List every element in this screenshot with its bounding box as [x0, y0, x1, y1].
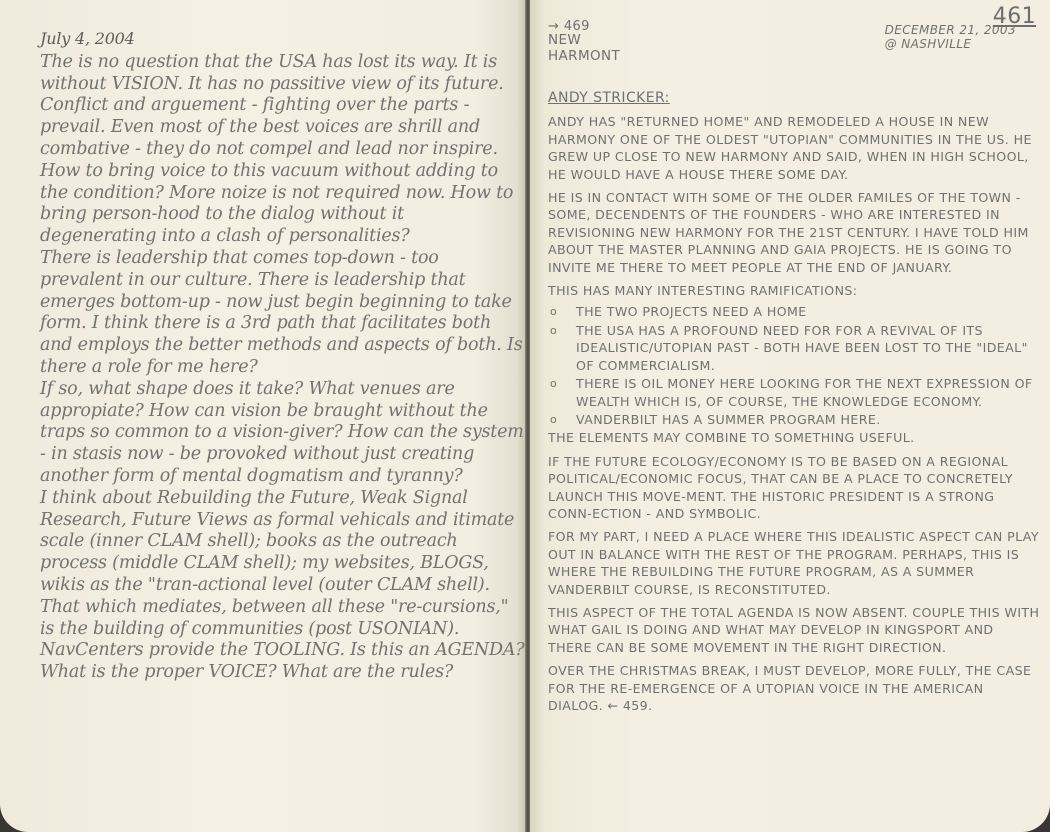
- entry-date-right: DECEMBER 21, 2003 @ NASHVILLE: [885, 24, 1016, 51]
- paragraph-conflict: Conflict and arguement - fighting over t…: [40, 95, 525, 160]
- left-page-text: July 4, 2004 The is no question that the…: [40, 28, 525, 684]
- list-item: THE USA HAS A PROFOUND NEED FOR FOR A RE…: [548, 322, 1040, 374]
- paragraph-leadership: There is leadership that comes top-down …: [40, 248, 525, 379]
- ramifications-list: THE TWO PROJECTS NEED A HOME THE USA HAS…: [548, 303, 1040, 428]
- paragraph-returned-home: ANDY HAS "RETURNED HOME" AND REMODELED A…: [548, 113, 1040, 183]
- subject-heading: ANDY STRICKER:: [548, 90, 1040, 107]
- paragraph-ramifications: THIS HAS MANY INTERESTING RAMIFICATIONS:: [548, 282, 1040, 299]
- paragraph-contact: HE IS IN CONTACT WITH SOME OF THE OLDER …: [548, 189, 1040, 276]
- left-page: July 4, 2004 The is no question that the…: [0, 0, 527, 832]
- paragraph-agenda-absent: THIS ASPECT OF THE TOTAL AGENDA IS NOW A…: [548, 604, 1040, 656]
- paragraph-communities: That which mediates, between all these "…: [40, 597, 525, 684]
- list-item: THE TWO PROJECTS NEED A HOME: [548, 303, 1040, 320]
- notebook-spread: July 4, 2004 The is no question that the…: [0, 0, 1050, 832]
- location-line-1: NEW: [548, 33, 620, 49]
- location-heading: NEW HARMONT: [548, 33, 620, 64]
- paragraph-elements: THE ELEMENTS MAY COMBINE TO SOMETHING US…: [548, 429, 1040, 446]
- page-header: → 469 NEW HARMONT 461 DECEMBER 21, 2003 …: [548, 18, 1040, 90]
- list-item: THERE IS OIL MONEY HERE LOOKING FOR THE …: [548, 375, 1040, 410]
- paragraph-shape: If so, what shape does it take? What ven…: [40, 379, 525, 488]
- location-line-2: HARMONT: [548, 49, 620, 65]
- paragraph-regional-focus: IF THE FUTURE ECOLOGY/ECONOMY IS TO BE B…: [548, 453, 1040, 523]
- paragraph-voice: How to bring voice to this vacuum withou…: [40, 161, 525, 248]
- paragraph-clam-shell: I think about Rebuilding the Future, Wea…: [40, 488, 525, 597]
- entry-date: July 4, 2004: [40, 28, 525, 50]
- paragraph-christmas-break: OVER THE CHRISTMAS BREAK, I MUST DEVELOP…: [548, 662, 1040, 714]
- date-line: DECEMBER 21, 2003: [885, 24, 1016, 38]
- list-item: VANDERBILT HAS A SUMMER PROGRAM HERE.: [548, 411, 1040, 428]
- right-page-text: → 469 NEW HARMONT 461 DECEMBER 21, 2003 …: [548, 18, 1040, 720]
- place-line: @ NASHVILLE: [885, 38, 1016, 52]
- paragraph-my-part: FOR MY PART, I NEED A PLACE WHERE THIS I…: [548, 528, 1040, 598]
- paragraph-vision: The is no question that the USA has lost…: [40, 52, 525, 96]
